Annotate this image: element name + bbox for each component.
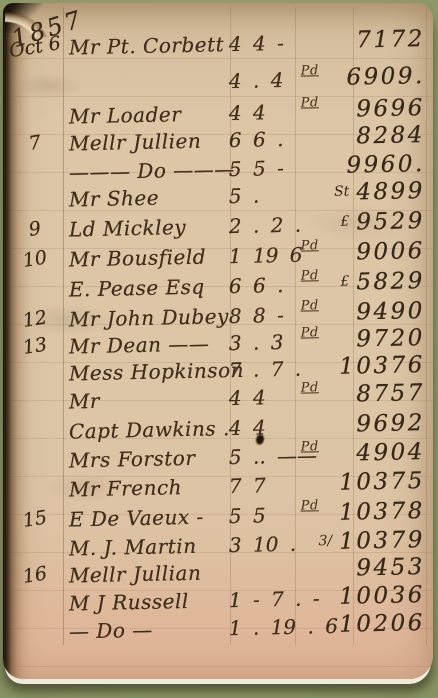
folio-prefix: £ bbox=[340, 274, 349, 290]
date-cell: 9 bbox=[6, 214, 65, 245]
folio-number: 5829 bbox=[356, 268, 425, 295]
name-cell: Mr bbox=[69, 386, 234, 413]
name-cell: Mr Loader bbox=[69, 101, 234, 128]
ledger-page: 1857 Oct 6 Mr Pt. Corbett 4 4 - 7172 4 .… bbox=[3, 3, 433, 679]
folio-prefix: St bbox=[334, 184, 350, 200]
folio-number: 9453 bbox=[356, 554, 425, 581]
folio-number: 10376 bbox=[339, 352, 425, 380]
folio-number: 7172 bbox=[356, 26, 425, 53]
name-cell: Mess Hopkinson bbox=[69, 358, 234, 385]
folio-number-cell: 9453 bbox=[255, 554, 426, 584]
name-cell: — Do — bbox=[69, 616, 234, 643]
date-cell: 12 bbox=[6, 304, 65, 335]
folio-number-cell: 8284 bbox=[255, 122, 426, 152]
folio-number-cell: 10378 bbox=[255, 498, 426, 528]
folio-number-cell: 6909. bbox=[255, 63, 426, 93]
folio-number: 6909. bbox=[346, 63, 425, 91]
folio-number: 9490 bbox=[356, 298, 425, 325]
folio-number-cell: 10036 bbox=[255, 582, 426, 612]
name-cell: M. J. Martin bbox=[69, 533, 234, 560]
folio-number: 9696 bbox=[356, 95, 425, 122]
folio-number: 10036 bbox=[339, 582, 425, 610]
scanned-ledger-page: { "document": { "kind": "handwritten acc… bbox=[0, 0, 438, 698]
name-cell: Mrs Forstor bbox=[69, 445, 234, 472]
folio-prefix: 3/ bbox=[318, 533, 332, 549]
name-cell: Ld Mickley bbox=[69, 214, 234, 241]
name-cell: Mr John Dubey bbox=[69, 304, 234, 331]
name-cell: M J Russell bbox=[69, 588, 234, 615]
name-cell: Mellr Jullian bbox=[69, 560, 234, 587]
folio-number-cell: 9006 bbox=[255, 238, 426, 268]
folio-number: 9006 bbox=[356, 238, 425, 265]
folio-number: 9720 bbox=[356, 325, 425, 352]
name-cell bbox=[69, 69, 234, 72]
name-cell: Mellr Jullien bbox=[69, 128, 234, 155]
name-cell: Mr Pt. Corbett bbox=[69, 32, 234, 59]
name-cell: E De Vaeux - bbox=[69, 504, 234, 531]
folio-number: 9692 bbox=[356, 410, 425, 437]
folio-prefix: £ bbox=[340, 214, 349, 230]
folio-number-cell: 7172 bbox=[255, 26, 426, 56]
folio-number-cell: 3/10379 bbox=[255, 527, 426, 557]
name-cell: Mr French bbox=[69, 474, 234, 501]
date-cell: Oct 6 bbox=[6, 32, 65, 63]
handwriting-layer: 1857 Oct 6 Mr Pt. Corbett 4 4 - 7172 4 .… bbox=[3, 3, 433, 679]
name-cell: Capt Dawkins . bbox=[69, 416, 234, 443]
date-cell: 15 bbox=[6, 504, 65, 535]
folio-number-cell: 8757 bbox=[255, 380, 426, 410]
name-cell: ——— Do ——— bbox=[69, 157, 234, 184]
folio-number-cell: 9696 bbox=[255, 95, 426, 125]
folio-number: 10206 bbox=[339, 610, 425, 638]
folio-number-cell: £9529 bbox=[255, 208, 426, 238]
folio-number-cell: 9720 bbox=[255, 325, 426, 355]
folio-number-cell: 10375 bbox=[255, 468, 426, 498]
folio-number: 9960. bbox=[346, 151, 425, 179]
folio-number: 10375 bbox=[339, 468, 425, 496]
folio-number-cell: 9692 bbox=[255, 410, 426, 440]
folio-number: 8757 bbox=[356, 380, 425, 407]
name-cell: E. Pease Esq bbox=[69, 274, 234, 301]
folio-number-cell: 4904 bbox=[255, 439, 426, 469]
folio-number-cell: 10206 bbox=[255, 610, 426, 640]
name-cell: Mr Shee bbox=[69, 184, 234, 211]
date-cell: 16 bbox=[6, 560, 65, 591]
folio-number-cell: St4899 bbox=[255, 178, 426, 208]
date-cell: 7 bbox=[6, 128, 65, 159]
folio-number: 9529 bbox=[356, 208, 425, 235]
folio-number: 4904 bbox=[356, 439, 425, 466]
folio-number-cell: 10376 bbox=[255, 352, 426, 382]
date-cell: 13 bbox=[6, 331, 65, 362]
folio-number: 10378 bbox=[339, 498, 425, 526]
folio-number: 10379 bbox=[339, 527, 425, 555]
date-cell bbox=[7, 69, 62, 78]
name-cell: Mr Dean —— bbox=[69, 331, 234, 358]
date-cell: 10 bbox=[6, 244, 65, 275]
folio-number-cell: £5829 bbox=[255, 268, 426, 298]
folio-number: 8284 bbox=[356, 122, 425, 149]
name-cell: Mr Bousfield bbox=[69, 244, 234, 271]
folio-number-cell: 9960. bbox=[255, 151, 426, 181]
folio-number: 4899 bbox=[356, 178, 425, 205]
folio-number-cell: 9490 bbox=[255, 298, 426, 328]
